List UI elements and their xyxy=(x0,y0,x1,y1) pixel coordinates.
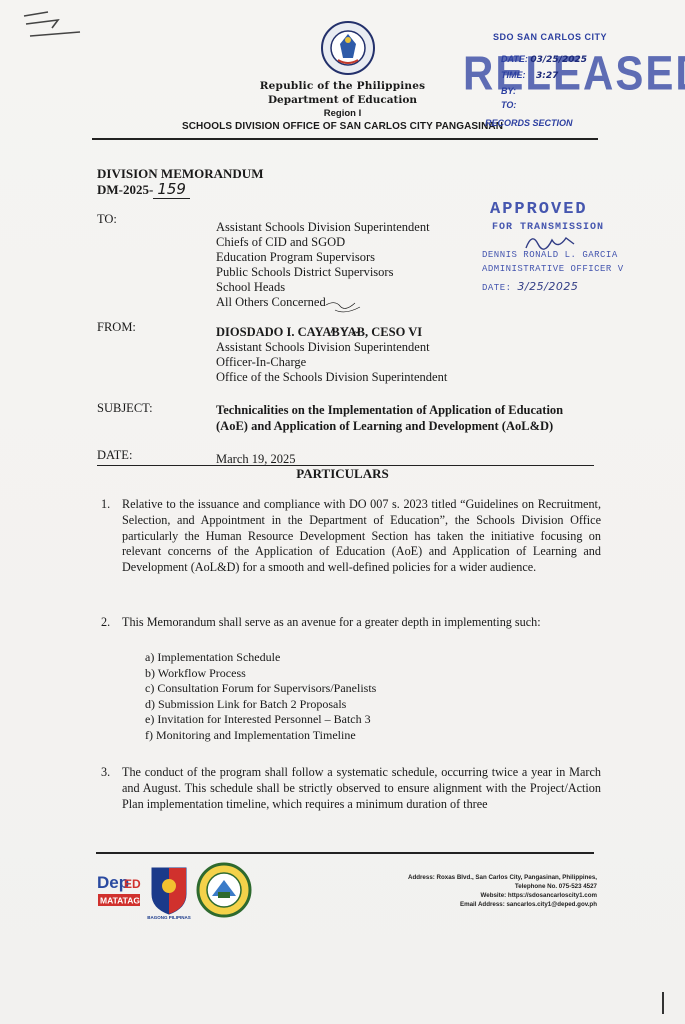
memo-number: DM-2025-159 xyxy=(97,182,190,197)
paragraph-1: 1. Relative to the issuance and complian… xyxy=(101,497,601,576)
subject-text: Technicalities on the Implementation of … xyxy=(216,402,596,434)
recipient: Public Schools District Supervisors xyxy=(216,265,430,280)
released-date-label: DATE: xyxy=(501,54,528,64)
approved-stamp: APPROVED FOR TRANSMISSION DENNIS RONALD … xyxy=(482,200,652,310)
approved-date-label: DATE: xyxy=(482,283,512,293)
sdo-san-carlos-seal-icon xyxy=(196,862,252,918)
recipient: School Heads xyxy=(216,280,430,295)
approved-signature-icon xyxy=(522,230,582,254)
paragraph-number: 2. xyxy=(101,615,110,631)
handwritten-mark-icon xyxy=(18,8,88,48)
released-to-label: TO: xyxy=(501,100,516,110)
list-item: e) Invitation for Interested Personnel –… xyxy=(145,712,376,728)
particulars-heading: PARTICULARS xyxy=(0,466,685,482)
bagong-pilipinas-logo-icon: BAGONG PILIPINAS xyxy=(146,864,192,920)
list-item: b) Workflow Process xyxy=(145,666,376,682)
list-item: c) Consultation Forum for Supervisors/Pa… xyxy=(145,681,376,697)
signature-icon xyxy=(300,300,400,340)
header-divider xyxy=(92,138,598,140)
to-label: TO: xyxy=(97,212,117,227)
list-item: f) Monitoring and Implementation Timelin… xyxy=(145,728,376,744)
recipient: Chiefs of CID and SGOD xyxy=(216,235,430,250)
page-edge-mark xyxy=(662,992,664,1014)
deped-seal-icon xyxy=(320,20,376,76)
list-item: a) Implementation Schedule xyxy=(145,650,376,666)
released-time-label: TIME: xyxy=(501,70,526,80)
footer-email[interactable]: Email Address: sancarlos.city1@deped.gov… xyxy=(408,900,597,909)
released-section: RECORDS SECTION xyxy=(485,118,573,128)
from-line: Officer-In-Charge xyxy=(216,355,447,370)
paragraph-text: The conduct of the program shall follow … xyxy=(122,765,601,812)
footer-divider xyxy=(96,852,594,854)
memorandum-page: Republic of the Philippines Department o… xyxy=(0,0,685,1024)
date-label: DATE: xyxy=(97,448,132,463)
paragraph-3: 3. The conduct of the program shall foll… xyxy=(101,765,601,812)
footer-address: Address: Roxas Blvd., San Carlos City, P… xyxy=(408,873,597,882)
footer-contact: Address: Roxas Blvd., San Carlos City, P… xyxy=(408,873,597,909)
subject-label: SUBJECT: xyxy=(97,401,153,416)
list-item: d) Submission Link for Batch 2 Proposals xyxy=(145,697,376,713)
svg-text:MATATAG: MATATAG xyxy=(100,896,140,906)
recipient: Education Program Supervisors xyxy=(216,250,430,265)
from-line: Office of the Schools Division Superinte… xyxy=(216,370,447,385)
paragraph-text: Relative to the issuance and compliance … xyxy=(122,497,601,576)
memo-number-value: 159 xyxy=(153,180,190,199)
paragraph-number: 1. xyxy=(101,497,110,513)
to-recipients: Assistant Schools Division Superintenden… xyxy=(216,220,430,310)
footer-telephone: Telephone No. 075-523 4527 xyxy=(408,882,597,891)
svg-text:BAGONG PILIPINAS: BAGONG PILIPINAS xyxy=(147,915,191,920)
implementation-list: a) Implementation Schedule b) Workflow P… xyxy=(145,650,376,744)
released-stamp: SDO SAN CARLOS CITY RELEASED DATE: 03/25… xyxy=(463,32,633,134)
released-date-value: 03/25/2025 xyxy=(530,55,587,65)
from-label: FROM: xyxy=(97,320,136,335)
released-by-label: BY: xyxy=(501,86,516,96)
paragraph-2: 2. This Memorandum shall serve as an ave… xyxy=(101,615,601,631)
approved-position: ADMINISTRATIVE OFFICER V xyxy=(482,264,624,274)
footer-website[interactable]: Website: https://sdosancarloscity1.com xyxy=(408,891,597,900)
released-time-value: 3:27 xyxy=(536,71,558,81)
memo-type: DIVISION MEMORANDUM xyxy=(97,166,263,181)
from-line: Assistant Schools Division Superintenden… xyxy=(216,340,447,355)
recipient: Assistant Schools Division Superintenden… xyxy=(216,220,430,235)
approved-title: APPROVED xyxy=(490,200,588,219)
released-stamp-office: SDO SAN CARLOS CITY xyxy=(493,32,607,42)
svg-text:ED: ED xyxy=(124,877,141,891)
paragraph-number: 3. xyxy=(101,765,110,781)
paragraph-text: This Memorandum shall serve as an avenue… xyxy=(122,615,601,631)
memo-number-prefix: DM-2025- xyxy=(97,182,153,197)
approved-date-value: 3/25/2025 xyxy=(517,280,578,293)
deped-matatag-logo-icon: Dep ED MATATAG xyxy=(96,866,142,916)
